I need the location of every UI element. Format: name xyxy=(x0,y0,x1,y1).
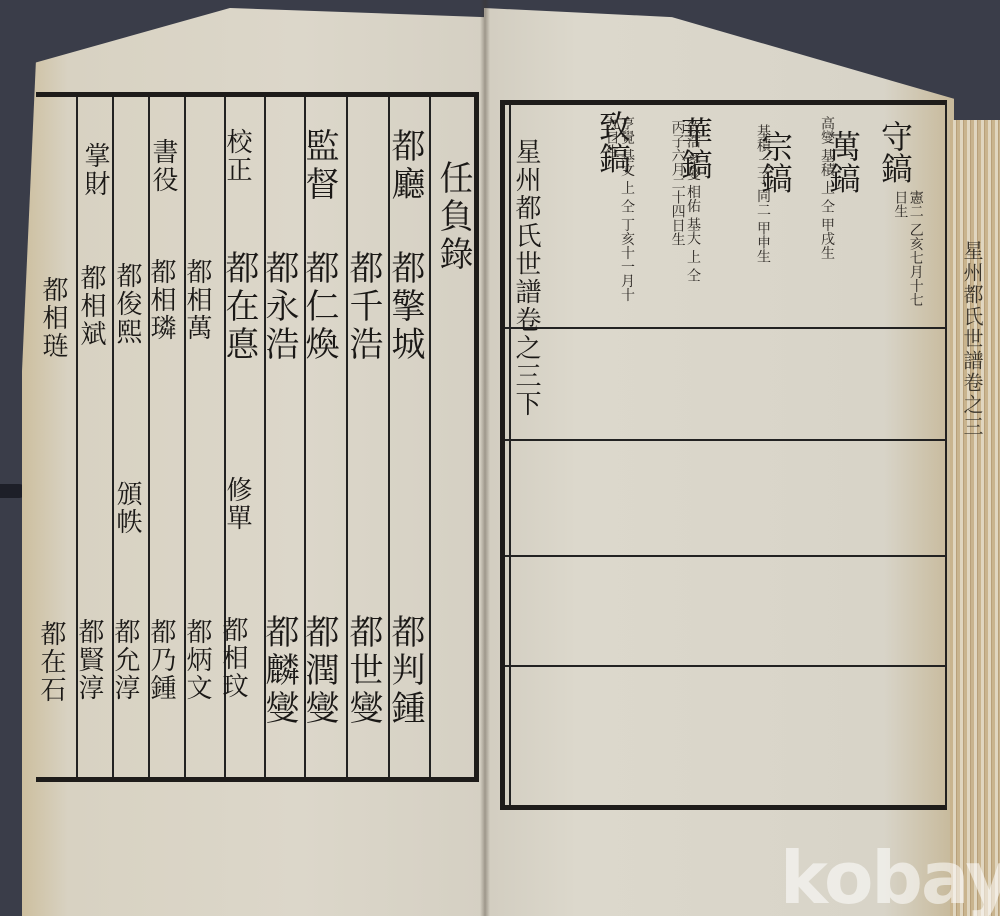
role-note: 頒帙 xyxy=(114,480,140,536)
volume-title: 星州都氏世譜卷之三下 xyxy=(508,138,545,418)
genealogy-note: 致浩 孝燮 相佑 基大 上 仝 丙子六月二十四日生 xyxy=(640,120,700,290)
role-title: 校正 xyxy=(224,128,250,184)
page-heading: 任負錄 xyxy=(436,160,470,274)
name-entry: 都允淳 xyxy=(112,618,138,702)
book-gutter xyxy=(480,0,490,916)
name-entry: 都千浩 xyxy=(346,250,380,364)
genealogy-name: 守鎬 xyxy=(872,120,918,184)
name-entry: 都仁煥 xyxy=(302,250,336,364)
name-entry: 都相萬 xyxy=(184,258,210,342)
name-entry: 都俊熙 xyxy=(114,262,140,346)
name-entry: 都永浩 xyxy=(262,250,296,364)
watermark-logo: kobay xyxy=(780,836,1000,916)
name-entry: 都乃鍾 xyxy=(148,618,174,702)
name-entry: 都相玟 xyxy=(220,616,246,700)
genealogy-note: 憲二 乙亥七月十七日生 xyxy=(892,190,923,310)
name-entry: 都相琏 xyxy=(40,276,66,360)
name-entry: 都在悳 xyxy=(222,250,256,364)
name-entry: 都擎城 xyxy=(388,250,422,364)
name-entry: 都相斌 xyxy=(78,264,104,348)
name-entry: 都炳文 xyxy=(184,618,210,702)
genealogy-note: 高燮 基積 上 仝 甲戌生 xyxy=(800,116,834,266)
name-entry: 都判鍾 xyxy=(388,614,422,728)
role-title: 掌財 xyxy=(82,142,108,198)
right-page-frame xyxy=(500,100,947,810)
name-entry: 都世燮 xyxy=(346,614,380,728)
role-title: 書役 xyxy=(150,138,176,194)
role-title: 都廳 xyxy=(388,128,422,204)
fore-edge-title: 星州都氏世譜卷之三 xyxy=(958,240,987,438)
genealogy-note: 亨覺 基文 上 仝 丁亥十一月十九日生 xyxy=(574,116,634,306)
name-entry: 都潤燮 xyxy=(302,614,336,728)
name-entry: 都相璘 xyxy=(148,258,174,342)
name-entry: 都在石 xyxy=(38,620,64,704)
role-title: 監督 xyxy=(302,128,336,204)
name-entry: 都賢淳 xyxy=(76,618,102,702)
name-entry: 都麟燮 xyxy=(262,614,296,728)
role-note: 修單 xyxy=(224,476,250,532)
genealogy-note: 基積 二子 同二 甲申生 xyxy=(734,124,770,264)
